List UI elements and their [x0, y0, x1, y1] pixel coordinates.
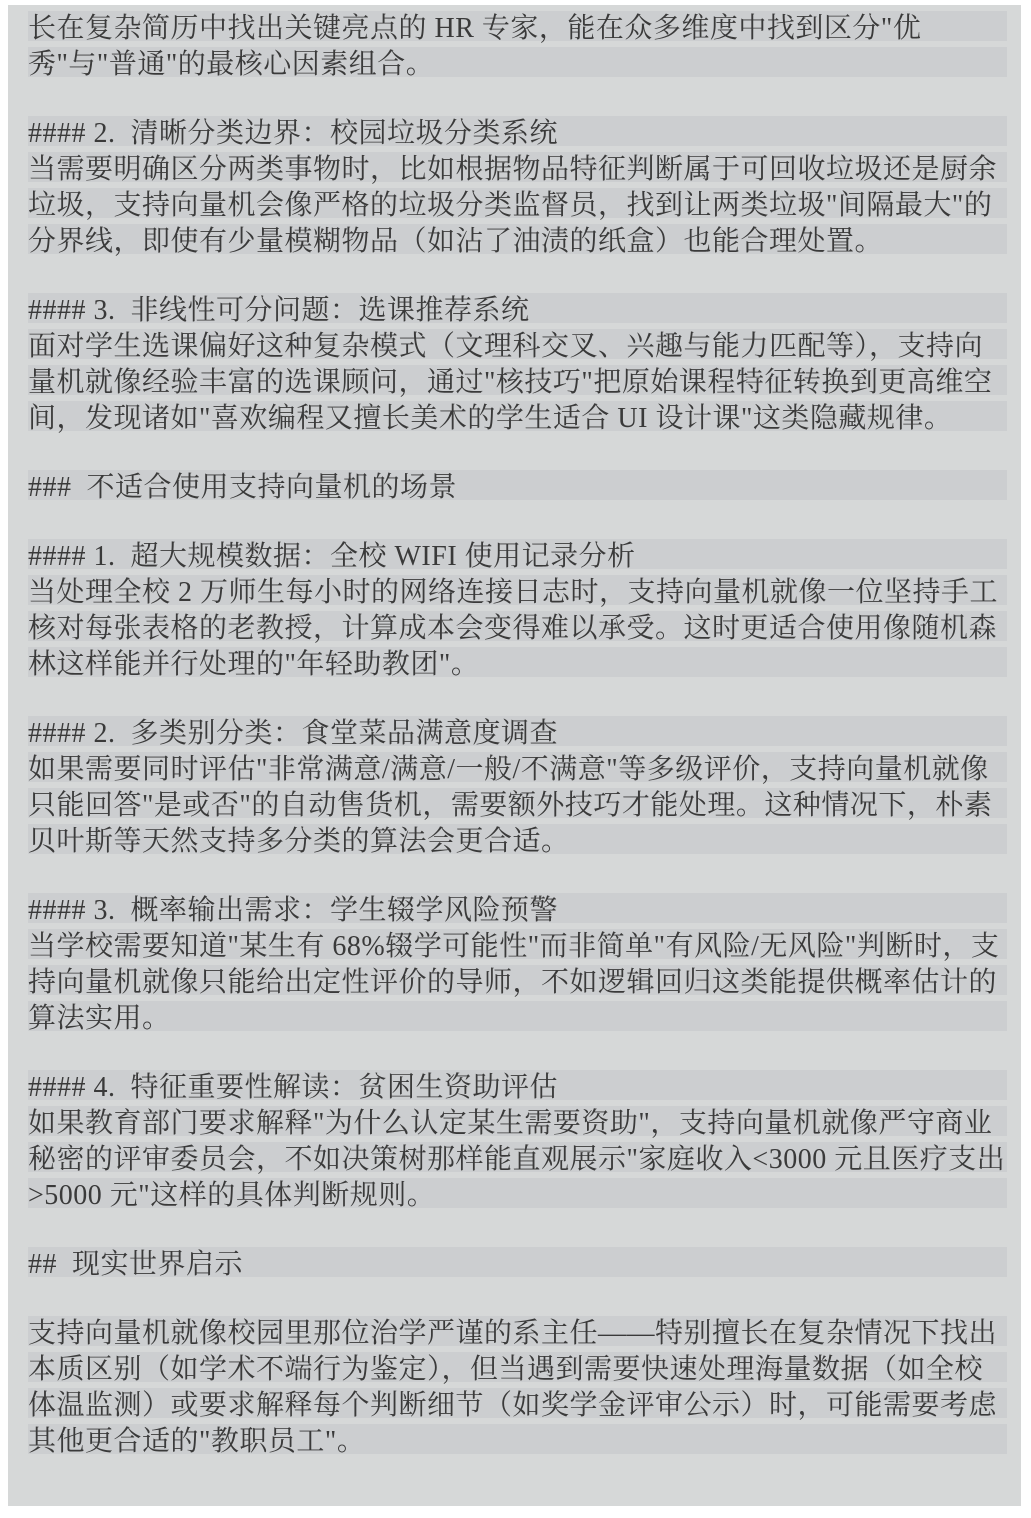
- markdown-h4-heading: #### 4. 特征重要性解读：贫困生资助评估: [28, 1070, 1007, 1106]
- markdown-paragraph: 当需要明确区分两类事物时，比如根据物品特征判断属于可回收垃圾还是厨余垃圾，支持向…: [28, 152, 1007, 260]
- markdown-paragraph: 当学校需要知道"某生有 68%辍学可能性"而非简单"有风险/无风险"判断时，支持…: [28, 929, 1007, 1037]
- markdown-paragraph: 面对学生选课偏好这种复杂模式（文理科交叉、兴趣与能力匹配等），支持向量机就像经验…: [28, 329, 1007, 437]
- markdown-paragraph: 当处理全校 2 万师生每小时的网络连接日志时，支持向量机就像一位坚持手工核对每张…: [28, 575, 1007, 683]
- section-nonlinear: #### 3. 非线性可分问题：选课推荐系统 面对学生选课偏好这种复杂模式（文理…: [28, 293, 1007, 437]
- markdown-h4-heading: #### 1. 超大规模数据：全校 WIFI 使用记录分析: [28, 539, 1007, 575]
- section-feature-importance: #### 4. 特征重要性解读：贫困生资助评估 如果教育部门要求解释"为什么认定…: [28, 1070, 1007, 1214]
- markdown-h3-heading: ### 不适合使用支持向量机的场景: [28, 470, 1007, 506]
- paragraph-group-conclusion: 支持向量机就像校园里那位治学严谨的系主任——特别擅长在复杂情况下找出本质区别（如…: [28, 1316, 1007, 1460]
- document-page: 长在复杂简历中找出关键亮点的 HR 专家，能在众多维度中找到区分"优秀"与"普通…: [0, 0, 1031, 1518]
- markdown-h4-heading: #### 2. 清晰分类边界：校园垃圾分类系统: [28, 116, 1007, 152]
- section-real-world-insight: ## 现实世界启示: [28, 1247, 1007, 1283]
- section-probability-output: #### 3. 概率输出需求：学生辍学风险预警 当学校需要知道"某生有 68%辍…: [28, 893, 1007, 1037]
- markdown-paragraph: 如果教育部门要求解释"为什么认定某生需要资助"，支持向量机就像严守商业秘密的评审…: [28, 1106, 1007, 1214]
- markdown-paragraph: 如果需要同时评估"非常满意/满意/一般/不满意"等多级评价，支持向量机就像只能回…: [28, 752, 1007, 860]
- section-clear-boundary: #### 2. 清晰分类边界：校园垃圾分类系统 当需要明确区分两类事物时，比如根…: [28, 116, 1007, 260]
- section-multiclass: #### 2. 多类别分类：食堂菜品满意度调查 如果需要同时评估"非常满意/满意…: [28, 716, 1007, 860]
- markdown-h4-heading: #### 2. 多类别分类：食堂菜品满意度调查: [28, 716, 1007, 752]
- markdown-h2-heading: ## 现实世界启示: [28, 1247, 1007, 1283]
- document-content: 长在复杂简历中找出关键亮点的 HR 专家，能在众多维度中找到区分"优秀"与"普通…: [8, 5, 1021, 1506]
- markdown-h4-heading: #### 3. 概率输出需求：学生辍学风险预警: [28, 893, 1007, 929]
- markdown-paragraph: 支持向量机就像校园里那位治学严谨的系主任——特别擅长在复杂情况下找出本质区别（如…: [28, 1316, 1007, 1460]
- markdown-h4-heading: #### 3. 非线性可分问题：选课推荐系统: [28, 293, 1007, 329]
- markdown-paragraph: 长在复杂简历中找出关键亮点的 HR 专家，能在众多维度中找到区分"优秀"与"普通…: [28, 11, 1007, 83]
- section-unsuitable-scenarios: ### 不适合使用支持向量机的场景: [28, 470, 1007, 506]
- section-large-scale-data: #### 1. 超大规模数据：全校 WIFI 使用记录分析 当处理全校 2 万师…: [28, 539, 1007, 683]
- paragraph-group-intro-continuation: 长在复杂简历中找出关键亮点的 HR 专家，能在众多维度中找到区分"优秀"与"普通…: [28, 11, 1007, 83]
